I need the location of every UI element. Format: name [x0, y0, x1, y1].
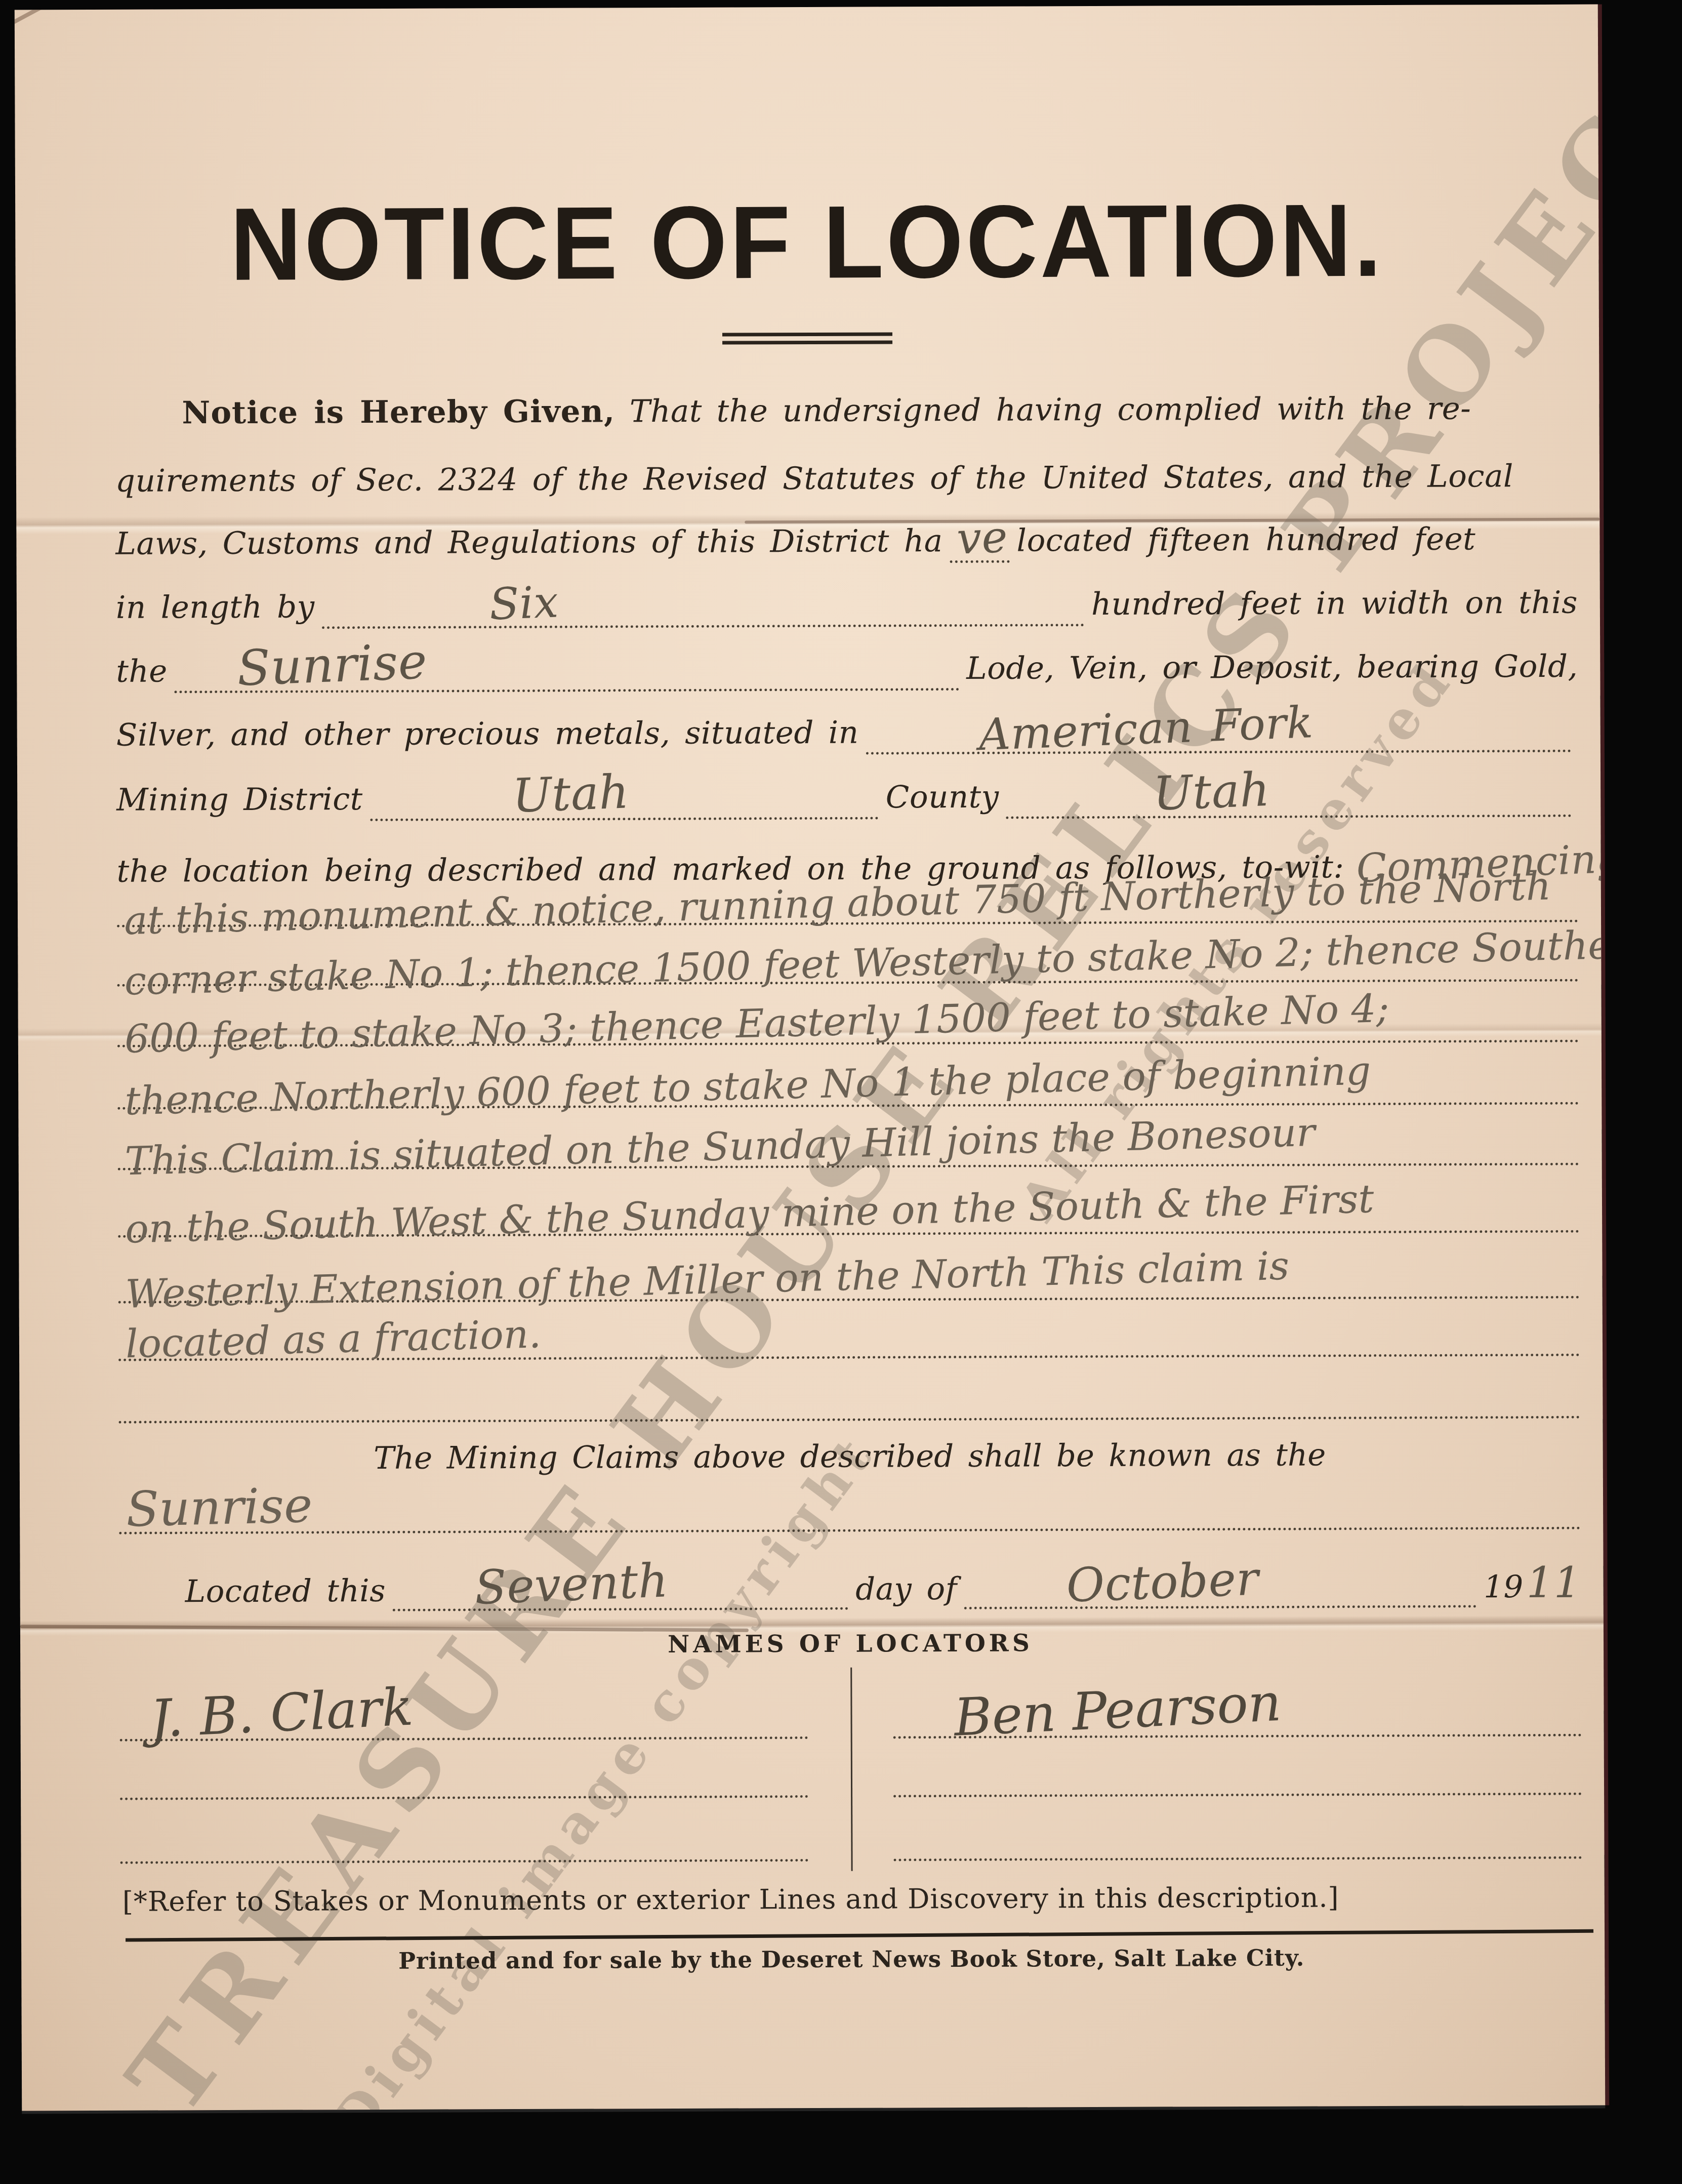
fold-crease-top-left: [15, 5, 398, 34]
line7-print-a: Mining District: [116, 781, 363, 818]
line7-handwriting-2: Utah: [1152, 762, 1271, 821]
footer-rule: [126, 1929, 1593, 1942]
located-month-handwriting: October: [1065, 1551, 1260, 1613]
located-line: Located this Seventh day of October 19 1…: [119, 1558, 1581, 1612]
signature-row: J. B. Clark: [119, 1680, 808, 1742]
line4-print-b: hundred feet in width on this: [1091, 585, 1578, 622]
intro-line-3: Laws, Customs and Regulations of this Di…: [115, 521, 1577, 566]
line3-print-b: located fifteen hundred feet: [1016, 521, 1475, 558]
line5-print-b: Lode, Vein, or Deposit, bearing Gold,: [966, 649, 1578, 686]
locator-column-left: J. B. Clark: [119, 1659, 809, 1889]
line5-blank: Sunrise: [175, 651, 960, 693]
located-year-handwriting: 11: [1527, 1558, 1581, 1607]
located-print-year-prefix: 19: [1484, 1569, 1524, 1605]
description-row: corner stake No 1; thence 1500 feet West…: [117, 916, 1579, 987]
signature-row-empty: [893, 1736, 1582, 1798]
description-row: on the South West & the Sunday mine on t…: [118, 1167, 1580, 1238]
locators-heading: NAMES OF LOCATORS: [119, 1628, 1581, 1661]
claim-name-handwriting: Sunrise: [126, 1478, 313, 1538]
intro-line-2: quirements of Sec. 2324 of the Revised S…: [115, 458, 1577, 499]
intro-line-5: the Sunrise Lode, Vein, or Deposit, bear…: [116, 649, 1578, 694]
intro-line-7: Mining District Utah County Utah: [116, 777, 1578, 822]
locators-signature-area: J. B. Clark Ben Pearson: [119, 1656, 1582, 1889]
notice-given-rest: That the undersigned having complied wit…: [615, 390, 1471, 429]
line6-handwriting: American Fork: [978, 697, 1314, 760]
footnote-text: [*Refer to Stakes or Monuments or exteri…: [122, 1881, 1339, 1917]
line5-print-a: the: [116, 653, 168, 689]
title-rule-top: [722, 332, 892, 336]
description-row: located as a fraction.: [118, 1290, 1580, 1361]
description-row-empty: [118, 1353, 1580, 1424]
page-title: NOTICE OF LOCATION.: [15, 180, 1599, 304]
claim-name-row: Sunrise: [119, 1464, 1581, 1534]
located-print-b: day of: [855, 1571, 957, 1607]
notice-given-bold: Notice is Hereby Given,: [182, 393, 615, 431]
line7-handwriting-1: Utah: [511, 764, 630, 823]
signature-row-empty: [120, 1802, 808, 1864]
located-blank-2: October: [964, 1567, 1477, 1609]
line4-handwriting: Six: [488, 577, 559, 630]
line7-blank-1: Utah: [370, 780, 879, 822]
located-blank-1: Seventh: [393, 1570, 848, 1611]
title-rule-bottom: [722, 340, 892, 344]
locator-column-right: Ben Pearson: [893, 1656, 1582, 1886]
description-row: thence Northerly 600 feet to stake No 1 …: [117, 1039, 1579, 1110]
scan-background: TREASURE HOUSE RELICS PROJECT Digital im…: [0, 0, 1682, 2184]
signature-row-empty: [120, 1738, 808, 1800]
line4-print-a: in length by: [116, 589, 315, 625]
intro-line-6: Silver, and other precious metals, situa…: [116, 712, 1578, 757]
description-row: This Claim is situated on the Sunday Hil…: [117, 1100, 1579, 1170]
document-paper: TREASURE HOUSE RELICS PROJECT Digital im…: [15, 5, 1605, 2111]
located-day-handwriting: Seventh: [474, 1553, 670, 1615]
line4-blank: Six: [322, 586, 1084, 629]
line3-blank: ve: [950, 523, 1009, 563]
line7-blank-2: Utah: [1006, 777, 1572, 819]
intro-line-4: in length by Six hundred feet in width o…: [116, 585, 1578, 630]
printer-credit: Printed and for sale by the Deseret News…: [120, 1944, 1582, 1975]
line6-print-a: Silver, and other precious metals, situa…: [116, 715, 859, 753]
line3-print-a: Laws, Customs and Regulations of this Di…: [115, 523, 942, 562]
line3-handwriting: ve: [956, 512, 1009, 564]
description-row: 600 feet to stake No 3; thence Easterly …: [117, 977, 1579, 1047]
intro-line-1: Notice is Hereby Given, That the undersi…: [115, 390, 1577, 431]
line7-print-b: County: [886, 779, 999, 816]
column-divider-line: [850, 1668, 852, 1871]
locator-left-signature: J. B. Clark: [149, 1677, 415, 1749]
line5-handwriting: Sunrise: [236, 633, 429, 697]
line6-blank: American Fork: [866, 712, 1571, 755]
signature-row: Ben Pearson: [893, 1677, 1581, 1739]
signature-row-empty: [893, 1800, 1582, 1862]
located-print-a: Located this: [185, 1573, 386, 1609]
title-double-rule: [722, 328, 892, 349]
